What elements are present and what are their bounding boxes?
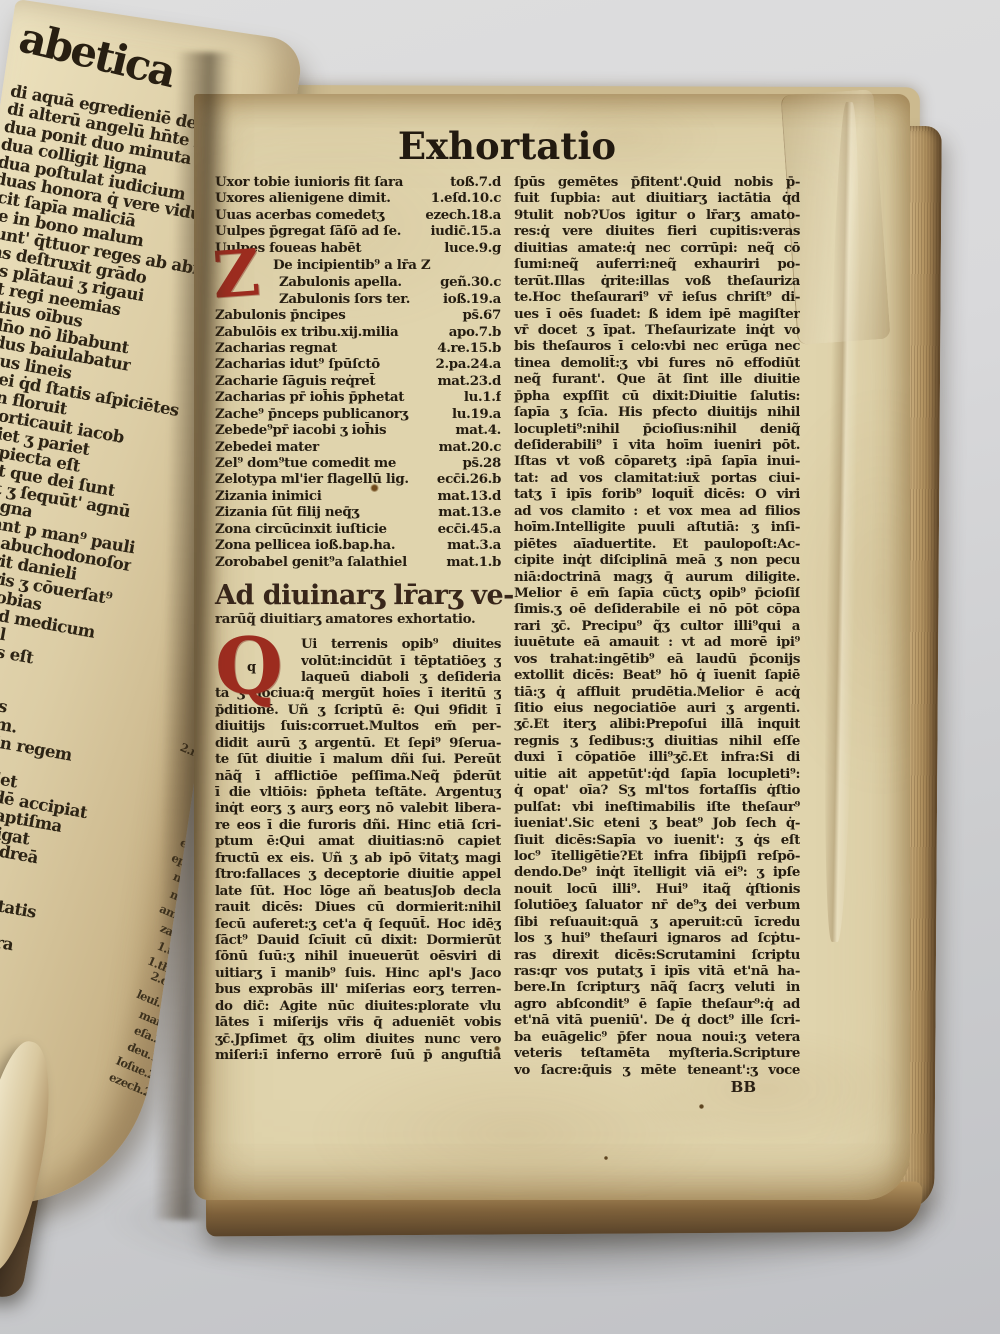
index-entry-reference: ps̄.67: [463, 307, 501, 323]
photo-open-incunable-book: abetica di aquā egredieniē de tēplo di a…: [0, 0, 1000, 1334]
index-entry-reference: mat.1.b: [446, 554, 501, 570]
index-entry-reference: lu.1.f: [464, 389, 501, 405]
text-line: volūt:incidūt ī tēptatiōeʒ ʒ in: [301, 653, 501, 669]
index-entry-reference: mat.3.a: [447, 537, 501, 553]
text-line: inq̇t eorʒ ʒ aurʒ eorʒ nō valebit libera…: [215, 800, 501, 816]
right-column: ſpūs gemētes p̄fitent'.Quid nobis p̄-fui…: [514, 174, 800, 1096]
index-entry-text: Zabulonis ſors ter.: [279, 291, 410, 307]
fox-spot: [699, 1104, 704, 1109]
text-line: terūt.Illas q̇rite:illas voß theſauriza: [514, 273, 800, 289]
text-line: te.Hoc theſaurari⁹ vr̄ ieſus chriſt⁹ di-: [514, 289, 800, 305]
index-entry-text: Zebede⁹pr̄ iacobi ʒ ioh̄is: [215, 422, 386, 438]
text-line: dendo.De⁹ inq̇t ītelligit viā ei⁹: ʒ ipſ…: [514, 864, 800, 880]
index-entry: Uxor tobie iunioris fit ſara toß.7.d: [215, 174, 501, 190]
text-line: ptum ē:Qui amat diuitias:nō capiet: [215, 833, 501, 849]
text-line: ſāct⁹ Dauid ſcīuit cū dixit: Dormierūt: [215, 932, 501, 948]
text-line: nāq̃ ī afflictiōe peſſima.Neq̃ p̄derūt: [215, 768, 501, 784]
index-entry-text: Zona pellicea ioß.bap.ha.: [215, 537, 395, 553]
index-entry-reference: mat.13.d: [437, 488, 501, 504]
index-entry-text: Uxor tobie iunioris fit ſara: [215, 174, 403, 190]
text-line: ſtro:fallaces ʒ deceptorie diuitie appel: [215, 866, 501, 882]
text-line: iueniat'.Sic eteni ʒ beat⁹ Job ſech q̇-: [514, 815, 800, 831]
text-line: ſapīa ʒ ſcīa. His pfecto diuitijs nihil: [514, 404, 800, 420]
text-line: Ui terrenis opib⁹ diuites fieri: [301, 636, 501, 652]
index-entry-reference: mat.4.: [455, 422, 501, 438]
text-line: cipite inq̇t diſciplinā meā ʒ non pecu: [514, 552, 800, 568]
text-line: ba euāgelic⁹ p̄fer noua noui:ʒ vetera: [514, 1029, 800, 1045]
index-entry: Zebede⁹pr̄ iacobi ʒ ioh̄is mat.4.: [215, 422, 501, 438]
index-entry: Zabulonis ſors ter. ioß.19.a: [279, 291, 501, 307]
text-line: re eos ī die furoris dñi. Hinc etiā ſcri…: [215, 817, 501, 833]
text-line: iuuētute eā amauit : vt ad morē ipi⁹: [514, 634, 800, 650]
index-entry-text: Zacharias regnat: [215, 340, 337, 356]
index-entry-reference: iudic̄.15.a: [430, 223, 501, 239]
text-line: vr̄ docet ʒ īpat. Theſaurizate inq̇t vo: [514, 322, 800, 338]
index-entry-reference: ioß.19.a: [443, 291, 501, 307]
text-line: neq̃ furant'. Que āt ſint ille diuitie: [514, 371, 800, 387]
index-entry-reference: mat.20.c: [439, 439, 501, 455]
index-entry-text: Zache⁹ p̄nceps publicanorʒ: [215, 406, 408, 422]
index-entry-reference: apo.7.b: [449, 324, 501, 340]
text-line: p̄pha expſſit cū dixit:Diuitie ſalutis:: [514, 388, 800, 404]
text-line: te ſūt diuitie ī malum dñi ſui. Pereūt: [215, 751, 501, 767]
text-line: ſōnū ſuū:ʒ nihil inueuerūt oēsviri di: [215, 948, 501, 964]
text-line: didit aurū ʒ argentū. Et ſepi⁹ 9ſerua-: [215, 735, 501, 751]
text-line: los ʒ hui⁹ theſauri ignaros ad ſcṗtu-: [514, 930, 800, 946]
quire-signature: BB: [514, 1078, 800, 1096]
text-line: agro abſcondit⁹ ē ſapīe theſaur⁹:q̇ ad: [514, 996, 800, 1012]
two-column-text: Uxor tobie iunioris fit ſara toß.7.d Uxo…: [215, 174, 800, 1096]
left-column: Uxor tobie iunioris fit ſara toß.7.d Uxo…: [215, 174, 501, 1096]
text-line: ſibi reſuauit:quā ʒ aperuit:cū īcredu: [514, 914, 800, 930]
text-line: fuit ſupbia: aut diuitiarʒ iactātia q̇d: [514, 190, 800, 206]
index-entry-reference: ecc̄i.26.b: [437, 471, 501, 487]
text-line: Iſtas vt voß cōparetʒ :ipā ſapīa inui-: [514, 453, 800, 469]
text-line: res:q̇ vere diuites fieri cupitis:veras: [514, 223, 800, 239]
index-entry: Zache⁹ p̄nceps publicanorʒ lu.19.a: [215, 406, 501, 422]
text-line: fructū ex eis. Uñ ʒ ab ipō v̄itatʒ magi: [215, 850, 501, 866]
index-entry: Zabulonis apella. geñ.30.c: [279, 274, 501, 290]
text-line: vos trahat:ingētib⁹ eā laudū p̄conijs: [514, 651, 800, 667]
text-line: tinea demolit̄:ʒ vbi fures nō effodiūt: [514, 355, 800, 371]
index-entry: Zelotypa ml'ier flagellū lig. ecc̄i.26.b: [215, 471, 501, 487]
text-line: rari ʒc̄. Precipu⁹ q̃ʒ cultor illi⁹qui a: [514, 618, 800, 634]
text-line: regnis ʒ ſedibus:ʒ diuitias nihil eſſe: [514, 733, 800, 749]
index-entry: Uxores alienigene dimit. 1.eſd.10.c: [215, 190, 501, 206]
text-line: et'nā vitā pueniū'. De q̇ doct⁹ ille ſcr…: [514, 1012, 800, 1028]
index-entry: Zona circūcinxit iuſticie ecc̄i.45.a: [215, 521, 501, 537]
text-line: late ſūt. Hoc lōge añ beatusJob decla: [215, 883, 501, 899]
text-line: ſiuit dicēs:Sapīa vo iuenit': ʒ q̇s eſt: [514, 832, 800, 848]
text-line: ʒc̄.Et iterʒ alibi:Prepoſui illā inquit: [514, 716, 800, 732]
index-entry-reference: mat.23.d: [437, 373, 501, 389]
index-entry: Uulpes p̄gregat ſāſō ad ſe. iudic̄.15.a: [215, 223, 501, 239]
exhortation-heading-line1: Ad diuinarʒ lr̄arʒ ve-: [215, 581, 501, 611]
text-line: bere.In ſcripturʒ nāq̃ ſacrʒ veluti in: [514, 979, 800, 995]
page-title: Exhortatio: [214, 124, 800, 168]
text-line: q̇ opat' oīa? Sʒ ml'tos fortaſſis q̇ſtio: [514, 782, 800, 798]
index-entry-reference: ps̄.28: [463, 455, 501, 471]
index-entry: Zorobabel genit⁹a ſalathiel mat.1.b: [215, 554, 501, 570]
page-crease: [821, 102, 864, 942]
index-entry: Zebedei mater mat.20.c: [215, 439, 501, 455]
index-entry: Zabulōis ex tribu.xij.milia apo.7.b: [215, 324, 501, 340]
text-line: diuitijs ſuis:corruet.Multos em̄ per-: [215, 718, 501, 734]
index-entry-text: Zebedei mater: [215, 439, 319, 455]
index-entry: Zacharias regnat 4.re.15.b: [215, 340, 501, 356]
text-line: do dic̄: Agite nūc diuites:plorate vlu: [215, 998, 501, 1014]
paragraph-opening: Q q Ui terrenis opib⁹ diuites fierivolūt…: [215, 636, 501, 685]
index-entry-reference: lu.19.a: [452, 406, 501, 422]
index-entry-reference: ezech.18.a: [425, 207, 501, 223]
text-line: tiā:ʒ q̇ affluit prudētia.Melior ē acq̇: [514, 684, 800, 700]
text-line: ras:qr vos putatʒ ī ipīs vitā et'nā ha-: [514, 963, 800, 979]
text-line: rauit dicēs: Diues cū dormierit:nihil: [215, 899, 501, 915]
paragraph-indented-lines: Ui terrenis opib⁹ diuites fierivolūt:inc…: [301, 636, 501, 685]
text-line: lātes ī miſerijs vr̄is q̄ adueniēt vobis: [215, 1014, 501, 1030]
index-entry: Zel⁹ dom⁹tue comedit me ps̄.28: [215, 455, 501, 471]
index-entry-reference: 2.pa.24.a: [435, 356, 501, 372]
text-line: ues ī oēs ſuadet: ß idem ipē magiſter: [514, 306, 800, 322]
text-line: 9tulit nob?Uos igitur o lr̄arʒ amato-: [514, 207, 800, 223]
text-line: ſecū auferet:ʒ cet'a q̄ ſequūt̄. Hoc idē…: [215, 916, 501, 932]
text-line: miſeri:ī inferno errorē ſuū p̄ anguſtia: [215, 1047, 501, 1063]
index-entries-z: Zabulonis p̄ncipes ps̄.67 Zabulōis ex tr…: [215, 307, 501, 570]
text-line: ras direxit dicēs:Scrutamini ſcriptu: [514, 947, 800, 963]
index-entry: Zacharie ſāguis req̇ret̄ mat.23.d: [215, 373, 501, 389]
fox-spot: [604, 1156, 608, 1160]
index-entry-text: Zorobabel genit⁹a ſalathiel: [215, 554, 407, 570]
text-line: ſolutiōeʒ ſaluator nr̄ de⁹ʒ dei verbum: [514, 897, 800, 913]
index-entry: Zizania inimici mat.13.d: [215, 488, 501, 504]
paragraph-body: ta ʒ nociua:q̄ mergūt hoīes ī iteritū ʒp…: [215, 685, 501, 1063]
index-entry-reference: toß.7.d: [450, 174, 501, 190]
index-entry-reference: 1.eſd.10.c: [431, 190, 501, 206]
index-entry-reference: geñ.30.c: [440, 274, 501, 290]
text-line: tat: ad vos clamitat:iux̄ portas ciui-: [514, 470, 800, 486]
index-entry-text: Uuas acerbas comedetʒ: [215, 207, 384, 223]
index-entry-text: Zel⁹ dom⁹tue comedit me: [215, 455, 396, 471]
index-entry-text: Zona circūcinxit iuſticie: [215, 521, 387, 537]
index-entry-text: Zacharias pr̄ ioh̄is p̄phetat: [215, 389, 404, 405]
index-entry-reference: luce.9.g: [444, 240, 501, 256]
index-entry-text: Zacharias idut⁹ ſpūſctō: [215, 356, 380, 372]
text-line: ad vos clamito : et vox mea ad filios: [514, 503, 800, 519]
text-line: pulſat: vbi ineſtimabilis iſte theſaur⁹: [514, 799, 800, 815]
column-body: ſpūs gemētes p̄fitent'.Quid nobis p̄-fui…: [514, 174, 800, 1078]
text-line: tatʒ ī ipīs forib⁹ loquit̄ dicēs: O viri: [514, 486, 800, 502]
text-line: ſimis.ʒ oē deſiderabile ei nō pōt cōpa: [514, 601, 800, 617]
index-entry-text: Zacharie ſāguis req̇ret̄: [215, 373, 375, 389]
index-entry-text: Zabulōis ex tribu.xij.milia: [215, 324, 398, 340]
text-line: bus exprobās ill' miſerias eorʒ terren-: [215, 981, 501, 997]
letter-z-section: Z De incipientib⁹ a lr̄a Z Zabulonis ape…: [215, 257, 501, 307]
text-line: veteris teſtamēta myſteria.Scripture: [514, 1045, 800, 1061]
index-entry: Zacharias pr̄ ioh̄is p̄phetat lu.1.f: [215, 389, 501, 405]
text-line: vo ſacre:q̄uis ʒ mēte teneant':ʒ voce: [514, 1062, 800, 1078]
text-line: piētes aīaduertite. Et paulopoſt:Ac-: [514, 536, 800, 552]
text-line: ſitio eius negociatiōe auri ʒ argenti.: [514, 700, 800, 716]
text-line: locupleti⁹:nihil p̄cioſius:nihil deniq̃: [514, 421, 800, 437]
index-entry-text: Zabulonis apella.: [279, 274, 402, 290]
text-line: loc⁹ ītelligētie?Et infra ſibijpſi reſpō…: [514, 848, 800, 864]
index-entry-reference: mat.13.e: [438, 504, 501, 520]
text-line: laqueū diaboli ʒ deſideria mul: [301, 669, 501, 685]
text-line: uitie ait appetūt':q̇d ſapīa locupleti⁹:: [514, 766, 800, 782]
text-line: bis theſauros ī celo:vbi nec erūga nec: [514, 338, 800, 354]
index-entry-reference: ecc̄i.45.a: [438, 521, 501, 537]
text-line: niā:doctrinā magʒ q̄ aurum diligite.: [514, 569, 800, 585]
text-line: ʒc̄.Jpſimet q̄ʒ olim diuites nunc vero: [215, 1031, 501, 1047]
text-line: duxi ī cōpatiōe illi⁹ʒc̄.Et infra:Si di: [514, 749, 800, 765]
text-line: diuitias amate:q̇ nec corrūpi: neq̃ cō: [514, 240, 800, 256]
index-entry: Zona pellicea ioß.bap.ha. mat.3.a: [215, 537, 501, 553]
index-entry: Uuas acerbas comedetʒ ezech.18.a: [215, 207, 501, 223]
index-entry-text: Zelotypa ml'ier flagellū lig.: [215, 471, 409, 487]
text-line: deſiderabili⁹ ī vita hoīm iueniri pōt.: [514, 437, 800, 453]
index-entry: Zizania ſūt filij neq̄ʒ mat.13.e: [215, 504, 501, 520]
index-entry-reference: 4.re.15.b: [437, 340, 501, 356]
index-entry: Zacharias idut⁹ ſpūſctō 2.pa.24.a: [215, 356, 501, 372]
rubricated-initial-z: Z: [211, 244, 262, 307]
text-line: ſpūs gemētes p̄fitent'.Quid nobis p̄-: [514, 174, 800, 190]
index-entry-text: Zizania ſūt filij neq̄ʒ: [215, 504, 359, 520]
text-line: hoīm.Intelligite puuli aſtutiā: ʒ inſi-: [514, 519, 800, 535]
index-entry-text: Zizania inimici: [215, 488, 321, 504]
index-entry-text: Uxores alienigene dimit.: [215, 190, 391, 206]
text-line: ſumi:neq̃ auferri:neq̃ exhauriri po-: [514, 256, 800, 272]
text-line: extollit dicēs: Beat⁹ hō q̇ īuenit ſapiē: [514, 667, 800, 683]
index-entries-u: Uxor tobie iunioris fit ſara toß.7.d Uxo…: [215, 174, 501, 256]
text-line: uitiarʒ ī manib⁹ ſuis. Hinc apl's Jaco: [215, 965, 501, 981]
text-line: Melior ē em̄ ſapīa cūctʒ opib⁹ p̄cioſiſ: [514, 585, 800, 601]
text-line: nouit locū illi⁹. Hui⁹ itaq̃ q̇ſtionis: [514, 881, 800, 897]
right-page: Exhortatio Uxor tobie iunioris fit ſara …: [194, 94, 910, 1200]
guide-letter-q: q: [247, 660, 256, 675]
text-line: ī die vltiōis: p̄pheta teſtāte. Argentuʒ: [215, 784, 501, 800]
